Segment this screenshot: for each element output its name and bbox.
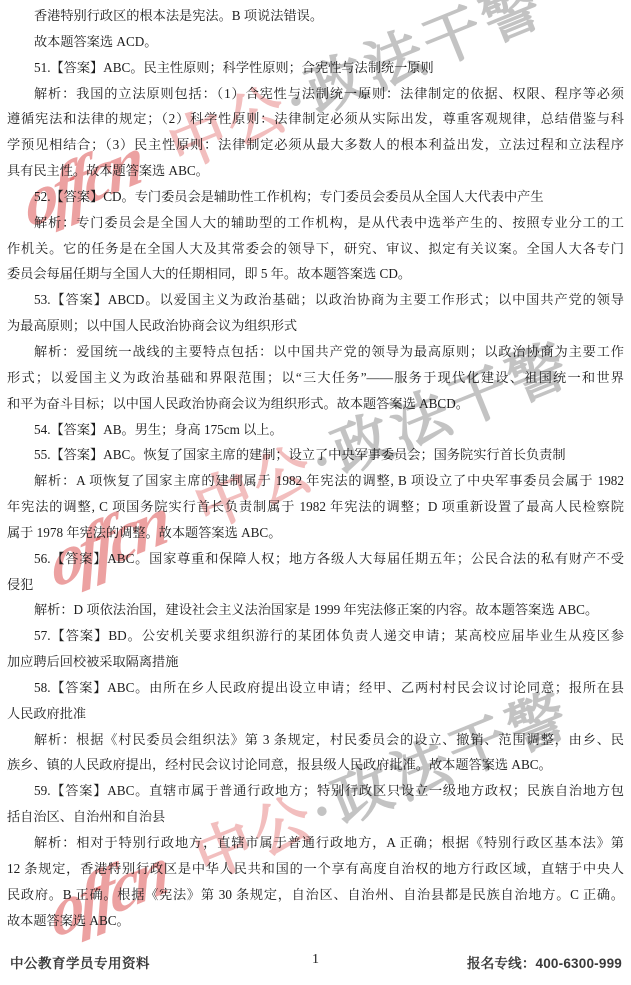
text-line: 54.【答案】AB。男生；身高 175cm 以上。 <box>7 417 624 443</box>
text-line: 58.【答案】ABC。由所在乡人民政府提出设立申请；经甲、乙两村村民会议讨论同意… <box>7 675 624 701</box>
text-line: 解析：爱国统一战线的主要特点包括：以中国共产党的领导为最高原则；以政治协商为主要… <box>7 339 624 365</box>
text-line: 作机关。它的任务是在全国人大及其常委会的领导下，研究、审议、拟定有关议案。全国人… <box>7 236 624 262</box>
text-line: 侵犯 <box>7 572 624 598</box>
text-line: 12 条规定，香港特别行政区是中华人民共和国的一个享有高度自治权的地方行政区域，… <box>7 856 624 882</box>
text-line: 遵循宪法和法律的规定；（2）科学性原则：法律制定必须从实际出发，尊重客观规律，总… <box>7 106 624 132</box>
text-line: 和平为奋斗目标；以中国人民政治协商会议为组织形式。故本题答案选 ABCD。 <box>7 391 624 417</box>
text-line: 形式；以爱国主义为政治基础和界限范围；以“三大任务”——服务于现代化建设、祖国统… <box>7 365 624 391</box>
text-line: 加应聘后回校被采取隔离措施 <box>7 649 624 675</box>
text-line: 香港特别行政区的根本法是宪法。B 项说法错误。 <box>7 3 624 29</box>
text-line: 51.【答案】ABC。民主性原则；科学性原则；合宪性与法制统一原则 <box>7 55 624 81</box>
text-line: 故本题答案选 ABC。 <box>7 908 624 934</box>
text-line: 解析：我国的立法原则包括：（1）合宪性与法制统一原则：法律制定的依据、权限、程序… <box>7 81 624 107</box>
page-footer: 中公教育学员专用资料 1 报名专线：400-6300-999 <box>0 948 631 974</box>
text-line: 解析：根据《村民委员会组织法》第 3 条规定，村民委员会的设立、撤销、范围调整，… <box>7 727 624 753</box>
answer-text-block: 香港特别行政区的根本法是宪法。B 项说法错误。故本题答案选 ACD。51.【答案… <box>7 3 624 933</box>
text-line: 57.【答案】BD。公安机关要求组织游行的某团体负责人递交申请；某高校应届毕业生… <box>7 623 624 649</box>
text-line: 为最高原则；以中国人民政治协商会议为组织形式 <box>7 313 624 339</box>
document-page: offcn 中公 ·政法干警 offcn 中公 ·政法干警 offcn 中公 ·… <box>0 0 631 985</box>
text-line: 解析：相对于特别行政地方，直辖市属于普通行政地方，A 正确；根据《特别行政区基本… <box>7 830 624 856</box>
text-line: 民政府。B 正确。根据《宪法》第 30 条规定，自治区、自治州、自治县都是民族自… <box>7 882 624 908</box>
text-line: 故本题答案选 ACD。 <box>7 29 624 55</box>
text-line: 53.【答案】ABCD。以爱国主义为政治基础；以政治协商为主要工作形式；以中国共… <box>7 287 624 313</box>
text-line: 括自治区、自治州和自治县 <box>7 804 624 830</box>
text-line: 55.【答案】ABC。恢复了国家主席的建制；设立了中央军事委员会；国务院实行首长… <box>7 442 624 468</box>
text-line: 学预见相结合；（3）民主性原则：法律制定必须从最大多数人的根本利益出发，立法过程… <box>7 132 624 158</box>
text-line: 族乡、镇的人民政府提出，经村民会议讨论同意，报县级人民政府批准。故本题答案选 A… <box>7 752 624 778</box>
text-line: 具有民主性。故本题答案选 ABC。 <box>7 158 624 184</box>
text-line: 52.【答案】CD。专门委员会是辅助性工作机构；专门委员会委员从全国人大代表中产… <box>7 184 624 210</box>
text-line: 解析：专门委员会是全国人大的辅助型的工作机构，是从代表中选举产生的、按照专业分工… <box>7 210 624 236</box>
text-line: 年宪法的调整, C 项国务院实行首长负责制属于 1982 年宪法的调整；D 项重… <box>7 494 624 520</box>
text-line: 59.【答案】ABC。直辖市属于普通行政地方；特别行政区只设立一级地方政权；民族… <box>7 778 624 804</box>
footer-hotline: 报名专线：400-6300-999 <box>467 952 622 972</box>
text-line: 56.【答案】ABC。国家尊重和保障人权；地方各级人大每届任期五年；公民合法的私… <box>7 546 624 572</box>
text-line: 解析：A 项恢复了国家主席的建制属于 1982 年宪法的调整, B 项设立了中央… <box>7 468 624 494</box>
text-line: 解析：D 项依法治国，建设社会主义法治国家是 1999 年宪法修正案的内容。故本… <box>7 597 624 623</box>
text-line: 委员会每届任期与全国人大的任期相同，即 5 年。故本题答案选 CD。 <box>7 261 624 287</box>
text-line: 人民政府批准 <box>7 701 624 727</box>
text-line: 属于 1978 年宪法的调整。故本题答案选 ABC。 <box>7 520 624 546</box>
